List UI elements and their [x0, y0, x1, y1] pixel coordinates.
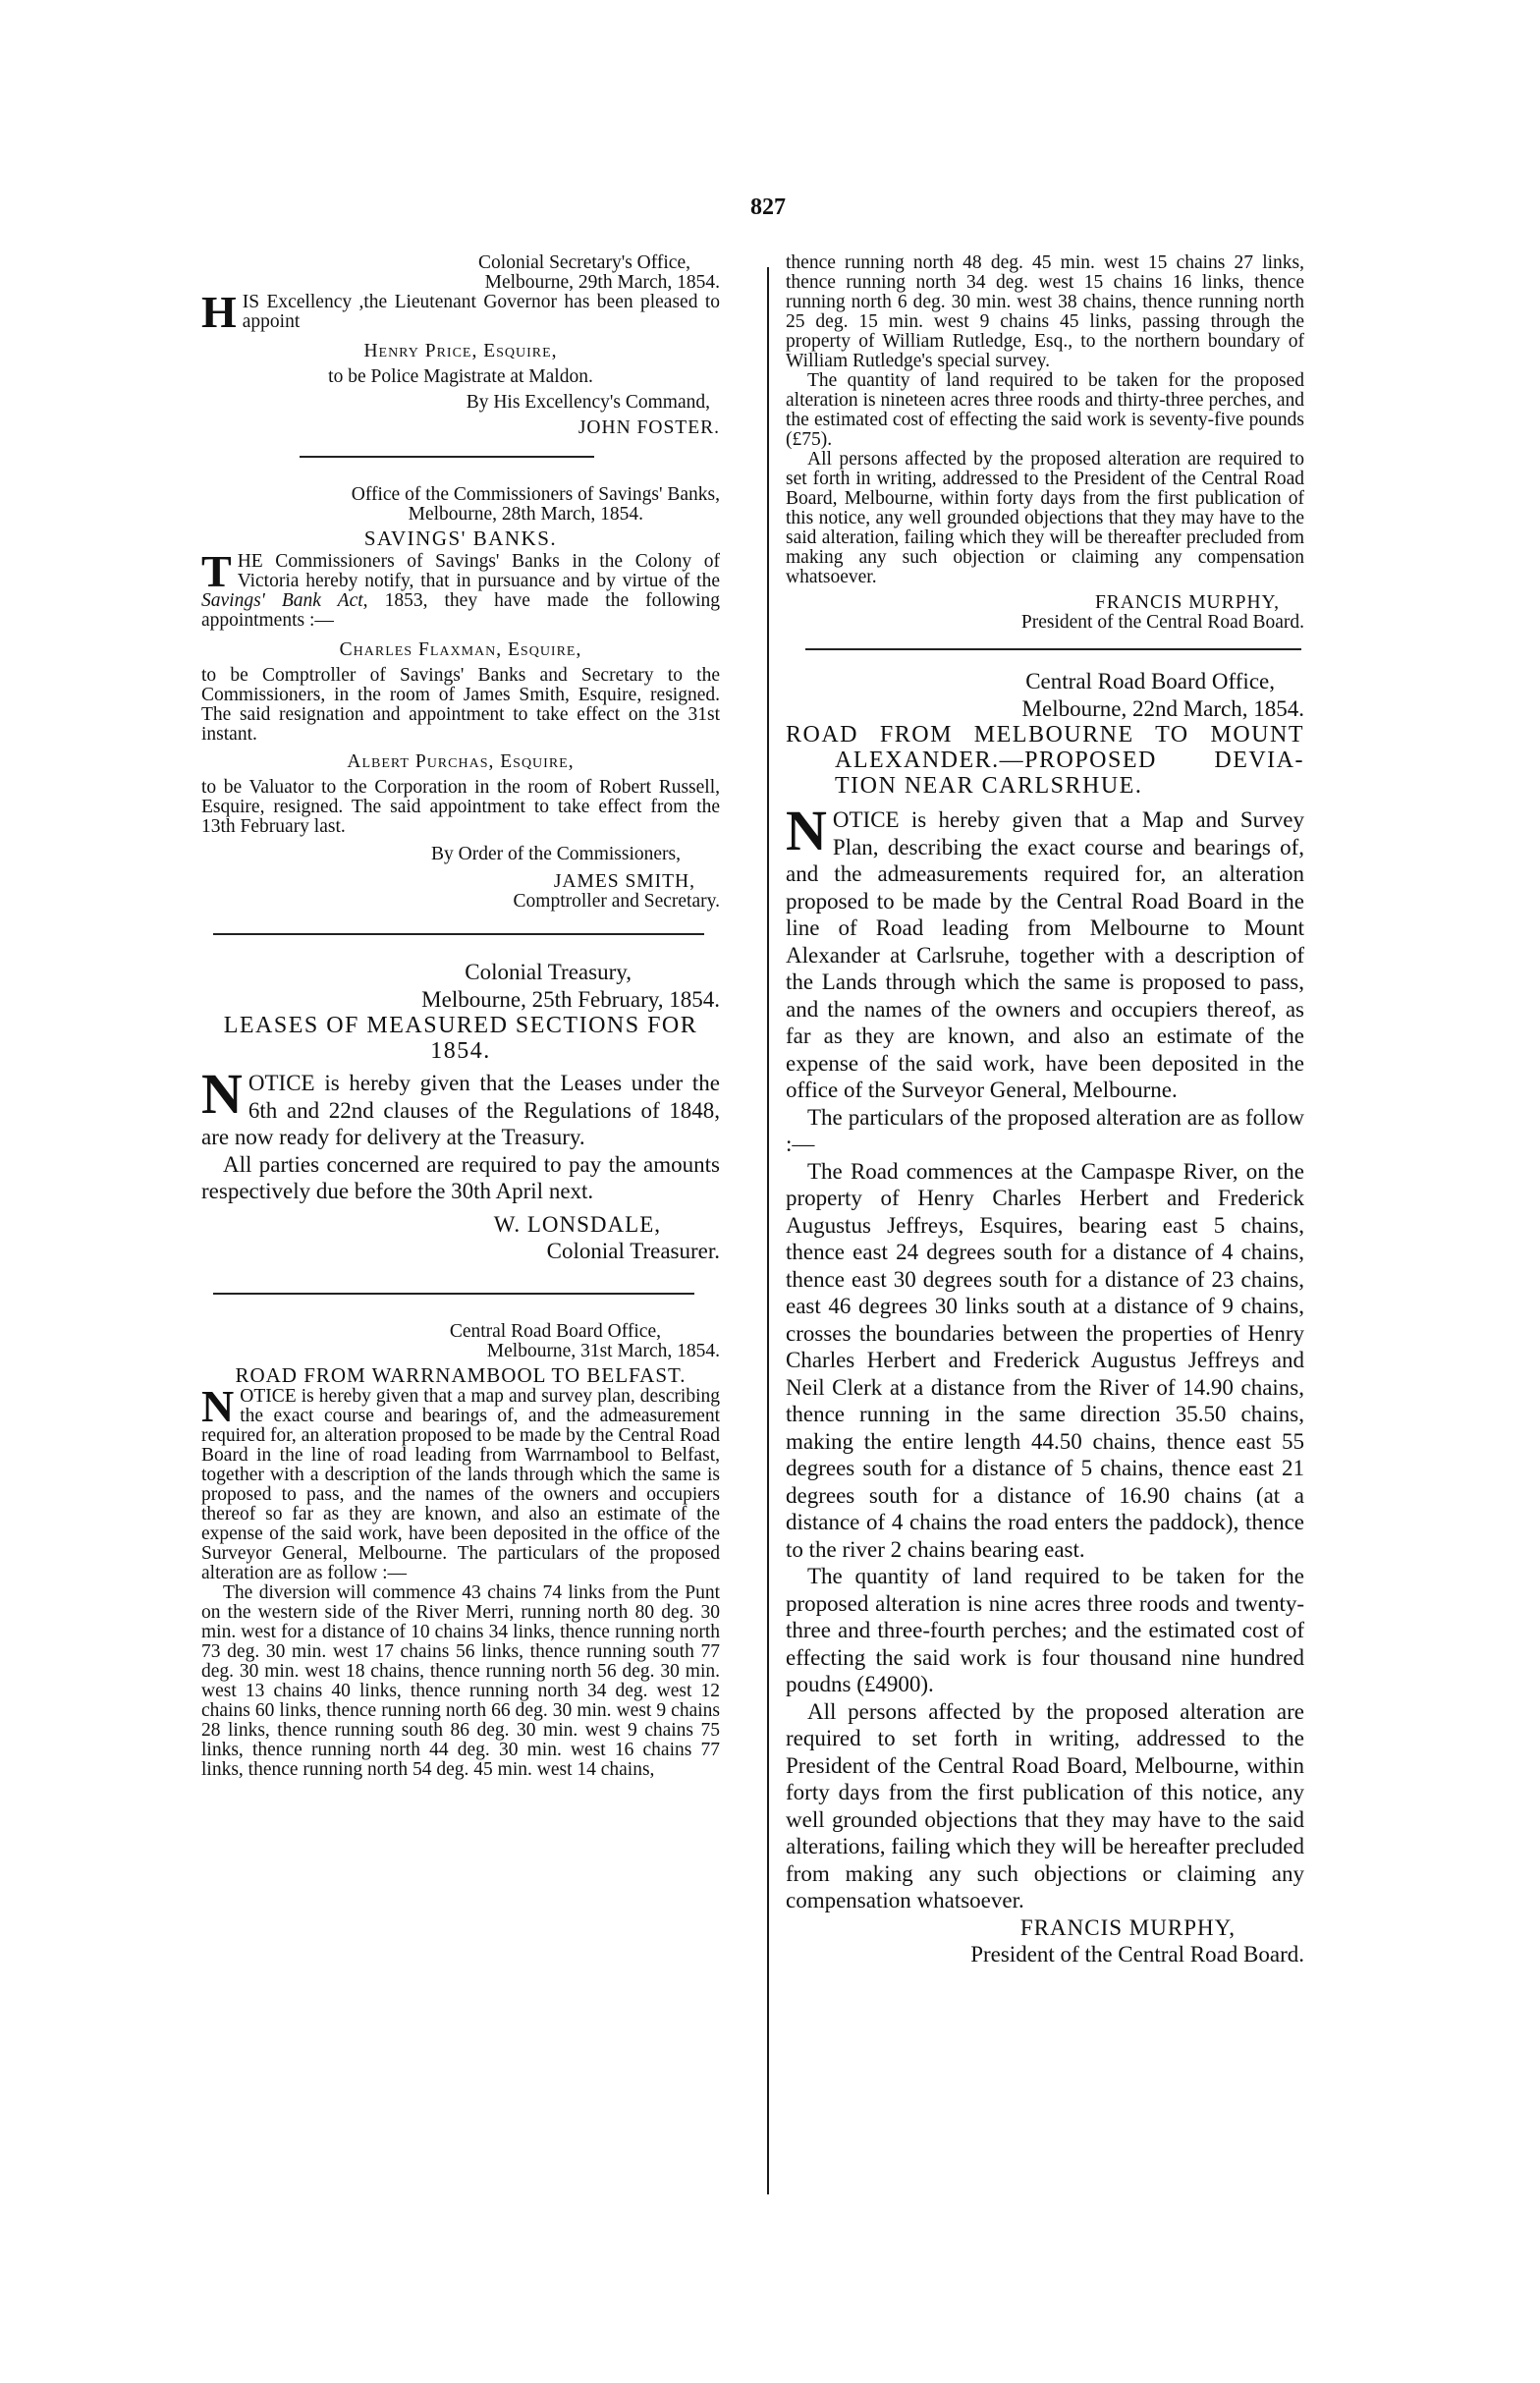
- notice-police-magistrate: Colonial Secretary's Office, Melbourne, …: [201, 253, 720, 438]
- notice-body: NOTICE is hereby given that a Map and Su…: [786, 806, 1304, 1104]
- signature: FRANCIS MURPHY,: [786, 1914, 1304, 1942]
- notice-title: SAVINGS' BANKS.: [201, 528, 720, 548]
- notice-body: The particulars of the proposed alterati…: [786, 1104, 1304, 1158]
- notice-leases: Colonial Treasury, Melbourne, 25th Febru…: [201, 959, 720, 1265]
- notice-body: thence running north 48 deg. 45 min. wes…: [786, 253, 1304, 371]
- notice-body: NOTICE is hereby given that the Leases u…: [201, 1070, 720, 1151]
- signature-title: Colonial Treasurer.: [201, 1238, 720, 1265]
- signature-title: Comptroller and Secretary.: [201, 892, 720, 912]
- office-line: Office of the Commissioners of Savings' …: [201, 485, 720, 505]
- column-rule: [767, 267, 769, 2194]
- notice-body: The diversion will commence 43 chains 74…: [201, 1583, 720, 1780]
- notice-mount-alexander-road: Central Road Board Office, Melbourne, 22…: [786, 668, 1304, 1968]
- drop-cap: N: [786, 808, 827, 854]
- appointee-name: Albert Purchas, Esquire,: [201, 752, 720, 772]
- notice-body: HIS Excellency ,the Lieutenant Governor …: [201, 293, 720, 332]
- office-line: Colonial Treasury,: [201, 959, 720, 986]
- act-name: Savings' Bank Act: [201, 590, 363, 611]
- notice-body: The quantity of land required to be take…: [786, 1563, 1304, 1698]
- drop-cap: T: [201, 554, 232, 589]
- right-column: thence running north 48 deg. 45 min. wes…: [786, 253, 1304, 1968]
- signature: W. LONSDALE,: [201, 1211, 720, 1239]
- drop-cap: N: [201, 1389, 234, 1424]
- drop-cap: H: [201, 295, 237, 330]
- notice-title: ROAD FROM WARRNAMBOOL TO BELFAST.: [201, 1363, 720, 1387]
- signature: JAMES SMITH,: [201, 872, 720, 892]
- appointment-text: to be Comptroller of Savings' Banks and …: [201, 666, 720, 745]
- notice-title-line2: ALEXANDER.—PROPOSED DEVIA-: [786, 748, 1304, 773]
- office-line: Colonial Secretary's Office,: [201, 253, 720, 273]
- command-line: By His Excellency's Command,: [201, 393, 720, 413]
- appointment-text: to be Police Magistrate at Maldon.: [201, 367, 720, 387]
- signature-title: President of the Central Road Board.: [786, 613, 1304, 633]
- office-line: Central Road Board Office,: [201, 1322, 720, 1342]
- signature-title: President of the Central Road Board.: [786, 1941, 1304, 1968]
- signature: FRANCIS MURPHY,: [786, 593, 1304, 613]
- left-column: Colonial Secretary's Office, Melbourne, …: [201, 253, 720, 1780]
- appointment-text: to be Valuator to the Corporation in the…: [201, 778, 720, 837]
- dateline: Melbourne, 22nd March, 1854.: [786, 695, 1304, 723]
- notice-body: All persons affected by the proposed alt…: [786, 1698, 1304, 1914]
- notice-savings-banks: Office of the Commissioners of Savings' …: [201, 485, 720, 912]
- dateline: Melbourne, 28th March, 1854.: [201, 505, 720, 525]
- dateline: Melbourne, 31st March, 1854.: [201, 1342, 720, 1361]
- drop-cap: N: [201, 1072, 243, 1117]
- appointee-name: Henry Price, Esquire,: [201, 342, 720, 361]
- notice-title-line3: TION NEAR CARLSRHUE.: [786, 773, 1304, 799]
- dateline: Melbourne, 25th February, 1854.: [201, 986, 720, 1014]
- notice-title-line1: ROAD FROM MELBOURNE TO MOUNT: [786, 722, 1304, 748]
- notice-body: NOTICE is hereby given that a map and su…: [201, 1387, 720, 1583]
- notice-title-line1: LEASES OF MEASURED SECTIONS FOR: [201, 1013, 720, 1038]
- appointee-name: Charles Flaxman, Esquire,: [201, 640, 720, 660]
- office-line: Central Road Board Office,: [786, 668, 1304, 695]
- dateline: Melbourne, 29th March, 1854.: [201, 273, 720, 293]
- notice-body: The quantity of land required to be take…: [786, 371, 1304, 450]
- signature: JOHN FOSTER.: [201, 418, 720, 438]
- page-number: 827: [750, 194, 786, 221]
- notice-warrnambool-road: Central Road Board Office, Melbourne, 31…: [201, 1322, 720, 1780]
- notice-title-line2: 1854.: [201, 1038, 720, 1064]
- notice-body: All persons affected by the proposed alt…: [786, 450, 1304, 587]
- order-line: By Order of the Commissioners,: [201, 845, 720, 864]
- notice-body: THE Commissioners of Savings' Banks in t…: [201, 552, 720, 631]
- notice-body: All parties concerned are required to pa…: [201, 1151, 720, 1205]
- notice-body: The Road commences at the Campaspe River…: [786, 1158, 1304, 1564]
- notice-warrnambool-road-continued: thence running north 48 deg. 45 min. wes…: [786, 253, 1304, 633]
